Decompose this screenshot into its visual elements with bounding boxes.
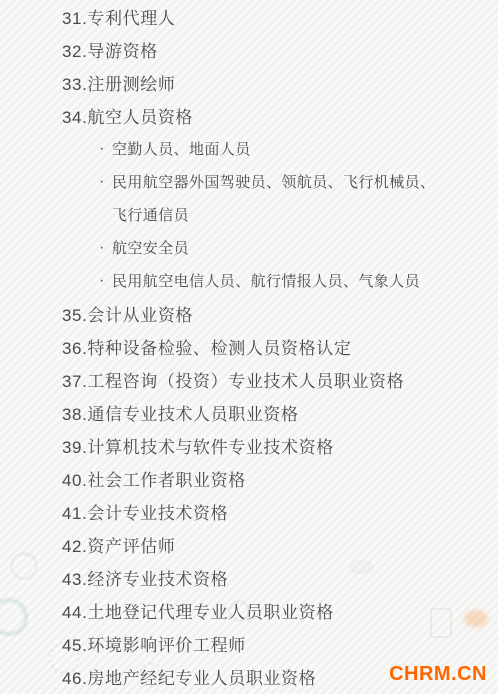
item-42: 42.资产评估师 [0, 528, 498, 561]
sub-item-1: · 空勤人员、地面人员 [0, 132, 498, 165]
item-text: 41.会计专业技术资格 [62, 499, 228, 524]
item-35: 35.会计从业资格 [0, 297, 498, 330]
item-text: 39.计算机技术与软件专业技术资格 [62, 433, 334, 458]
watermark: CHRM.CN [389, 663, 487, 686]
sub-item-text: 民用航空器外国驾驶员、领航员、飞行机械员、 [112, 171, 435, 192]
item-text: 43.经济专业技术资格 [62, 565, 228, 590]
item-text: 35.会计从业资格 [62, 301, 193, 326]
item-text: 32.导游资格 [62, 37, 158, 62]
item-text: 40.社会工作者职业资格 [62, 466, 246, 491]
item-31: 31.专利代理人 [0, 0, 498, 33]
sub-item-3: · 航空安全员 [0, 231, 498, 264]
item-text: 36.特种设备检验、检测人员资格认定 [62, 334, 351, 359]
item-text: 33.注册测绘师 [62, 70, 175, 95]
sub-item-2-continuation: 飞行通信员 [0, 198, 498, 231]
item-36: 36.特种设备检验、检测人员资格认定 [0, 330, 498, 363]
item-text: 46.房地产经纪专业人员职业资格 [62, 664, 316, 689]
bullet-marker: · [99, 272, 112, 290]
item-39: 39.计算机技术与软件专业技术资格 [0, 429, 498, 462]
sub-item-2: · 民用航空器外国驾驶员、领航员、飞行机械员、 [0, 165, 498, 198]
item-44: 44.土地登记代理专业人员职业资格 [0, 594, 498, 627]
item-33: 33.注册测绘师 [0, 66, 498, 99]
bullet-marker: · [99, 140, 112, 158]
item-text: 31.专利代理人 [62, 4, 175, 29]
sub-item-text: 空勤人员、地面人员 [112, 138, 251, 159]
item-34: 34.航空人员资格 [0, 99, 498, 132]
item-text: 38.通信专业技术人员职业资格 [62, 400, 299, 425]
item-43: 43.经济专业技术资格 [0, 561, 498, 594]
item-text: 42.资产评估师 [62, 532, 175, 557]
item-text: 37.工程咨询（投资）专业技术人员职业资格 [62, 367, 404, 392]
item-40: 40.社会工作者职业资格 [0, 462, 498, 495]
sub-item-4: · 民用航空电信人员、航行情报人员、气象人员 [0, 264, 498, 297]
item-32: 32.导游资格 [0, 33, 498, 66]
item-text: 44.土地登记代理专业人员职业资格 [62, 598, 334, 623]
sub-item-text: 航空安全员 [112, 237, 189, 258]
item-37: 37.工程咨询（投资）专业技术人员职业资格 [0, 363, 498, 396]
sub-item-text: 民用航空电信人员、航行情报人员、气象人员 [112, 270, 420, 291]
sub-item-text: 飞行通信员 [112, 204, 189, 225]
item-38: 38.通信专业技术人员职业资格 [0, 396, 498, 429]
item-45: 45.环境影响评价工程师 [0, 627, 498, 660]
item-41: 41.会计专业技术资格 [0, 495, 498, 528]
bullet-marker: · [99, 173, 112, 191]
bullet-marker: · [99, 239, 112, 257]
qualification-list: 31.专利代理人 32.导游资格 33.注册测绘师 34.航空人员资格 · 空勤… [0, 0, 498, 693]
item-text: 45.环境影响评价工程师 [62, 631, 246, 656]
item-text: 34.航空人员资格 [62, 103, 193, 128]
